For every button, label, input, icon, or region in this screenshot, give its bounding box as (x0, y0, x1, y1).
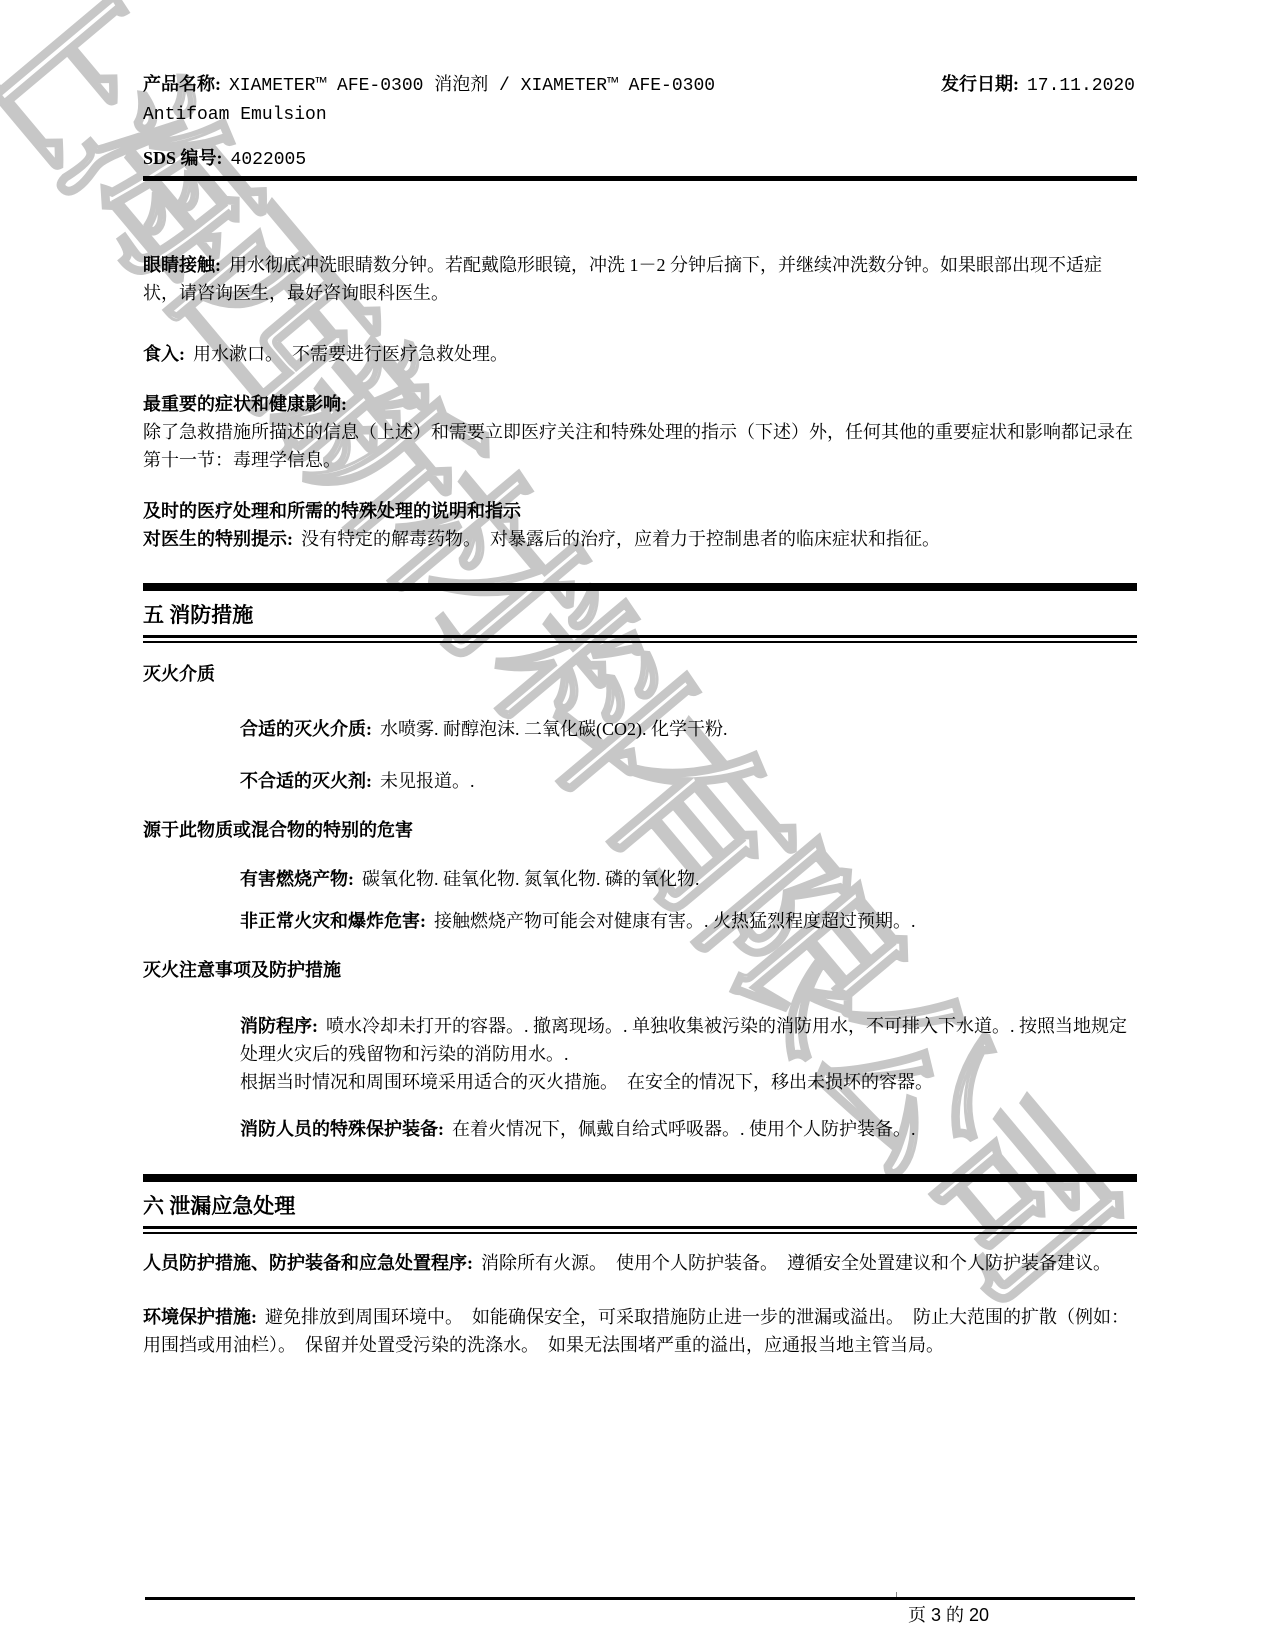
firefighting-procedures-text: 喷水冷却未打开的容器。. 撤离现场。. 单独收集被污染的消防用水，不可排入下水道… (240, 1016, 1127, 1092)
firefighter-protective-equipment-label: 消防人员的特殊保护装备: (240, 1119, 444, 1139)
special-hazards-subheading: 源于此物质或混合物的特别的危害 (143, 816, 1137, 844)
symptoms-heading: 最重要的症状和健康影响: (143, 390, 1137, 418)
symptoms-text: 除了急救措施所描述的信息（上述）和需要立即医疗关注和特殊处理的指示（下述）外，任… (143, 418, 1137, 474)
ingestion-text: 用水漱口。 不需要进行医疗急救处理。 (193, 344, 508, 364)
ingestion-paragraph: 食入:用水漱口。 不需要进行医疗急救处理。 (143, 340, 1137, 368)
firefighter-protective-equipment-text: 在着火情况下，佩戴自给式呼吸器。. 使用个人防护装备。. (452, 1119, 916, 1139)
sds-number-value: 4022005 (231, 150, 307, 170)
personal-precautions-paragraph: 人员防护措施、防护装备和应急处置程序:消除所有火源。 使用个人防护装备。 遵循安… (143, 1249, 1137, 1277)
personal-precautions-label: 人员防护措施、防护装备和应急处置程序: (143, 1253, 473, 1273)
suitable-extinguishing-media-label: 合适的灭火介质: (240, 719, 372, 739)
note-to-physician-text: 没有特定的解毒药物。 对暴露后的治疗，应着力于控制患者的临床症状和指征。 (301, 529, 940, 549)
firefighting-procedures-label: 消防程序: (240, 1016, 318, 1036)
suitable-extinguishing-media-text: 水喷雾. 耐醇泡沫. 二氧化碳(CO2). 化学干粉. (380, 719, 728, 739)
document-content: 产品名称:XIAMETER™ AFE-0300 消泡剂 / XIAMETER™ … (143, 0, 1137, 1359)
section-6-top-bar (143, 1174, 1137, 1182)
page-number: 页 3 的 20 (908, 1603, 989, 1627)
section-5-title-rule (143, 635, 1137, 643)
issue-date-label: 发行日期: (941, 74, 1019, 94)
product-name-label: 产品名称: (143, 74, 221, 94)
header-rule (143, 176, 1137, 181)
ingestion-label: 食入: (143, 344, 185, 364)
eye-contact-paragraph: 眼睛接触:用水彻底冲洗眼睛数分钟。若配戴隐形眼镜，冲洗 1－2 分钟后摘下，并继… (143, 251, 1137, 307)
eye-contact-label: 眼睛接触: (143, 255, 221, 275)
extinguishing-media-subheading: 灭火介质 (143, 660, 1137, 688)
section-6-title: 六 泄漏应急处理 (143, 1193, 1137, 1219)
unusual-fire-hazards-text: 接触燃烧产物可能会对健康有害。. 火热猛烈程度超过预期。. (434, 911, 916, 931)
symptoms-group: 最重要的症状和健康影响: 除了急救措施所描述的信息（上述）和需要立即医疗关注和特… (143, 390, 1137, 474)
document-header: 产品名称:XIAMETER™ AFE-0300 消泡剂 / XIAMETER™ … (143, 70, 1137, 130)
sds-number-line: SDS 编号:4022005 (143, 144, 1137, 174)
hazardous-combustion-products: 有害燃烧产物:碳氧化物. 硅氧化物. 氮氧化物. 磷的氧化物. (240, 865, 1137, 893)
hazardous-combustion-products-text: 碳氧化物. 硅氧化物. 氮氧化物. 磷的氧化物. (362, 869, 700, 889)
firefighting-advice-subheading: 灭火注意事项及防护措施 (143, 956, 1137, 984)
eye-contact-text: 用水彻底冲洗眼睛数分钟。若配戴隐形眼镜，冲洗 1－2 分钟后摘下，并继续冲洗数分… (143, 255, 1102, 303)
unsuitable-extinguishing-media-label: 不合适的灭火剂: (240, 771, 372, 791)
section-5-title: 五 消防措施 (143, 602, 1137, 628)
note-to-physician-label: 对医生的特别提示: (143, 529, 293, 549)
medical-attention-heading: 及时的医疗处理和所需的特殊处理的说明和指示 (143, 497, 1137, 525)
personal-precautions-text: 消除所有火源。 使用个人防护装备。 遵循安全处置建议和个人防护装备建议。 (481, 1253, 1111, 1273)
footer-rule (145, 1597, 1135, 1600)
product-name-value: XIAMETER™ AFE-0300 消泡剂 / XIAMETER™ AFE-0… (229, 76, 715, 96)
note-to-physician-paragraph: 对医生的特别提示:没有特定的解毒药物。 对暴露后的治疗，应着力于控制患者的临床症… (143, 525, 1137, 553)
product-name-line2: Antifoam Emulsion (143, 101, 1137, 130)
firefighter-protective-equipment: 消防人员的特殊保护装备:在着火情况下，佩戴自给式呼吸器。. 使用个人防护装备。. (240, 1115, 1137, 1143)
suitable-extinguishing-media: 合适的灭火介质:水喷雾. 耐醇泡沫. 二氧化碳(CO2). 化学干粉. (240, 715, 1137, 743)
unusual-fire-hazards-label: 非正常火灾和爆炸危害: (240, 911, 426, 931)
unsuitable-extinguishing-media: 不合适的灭火剂:未见报道。. (240, 767, 1137, 795)
sds-number-label: SDS 编号: (143, 148, 223, 168)
unusual-fire-hazards: 非正常火灾和爆炸危害:接触燃烧产物可能会对健康有害。. 火热猛烈程度超过预期。. (240, 907, 1137, 935)
environmental-precautions-text: 避免排放到周围环境中。 如能确保安全，可采取措施防止进一步的泄漏或溢出。 防止大… (143, 1307, 1129, 1355)
section-5-top-bar (143, 583, 1137, 591)
environmental-precautions-paragraph: 环境保护措施:避免排放到周围环境中。 如能确保安全，可采取措施防止进一步的泄漏或… (143, 1303, 1137, 1359)
footer-cell-divider (896, 1592, 897, 1597)
hazardous-combustion-products-label: 有害燃烧产物: (240, 869, 354, 889)
section-6-title-rule (143, 1226, 1137, 1234)
environmental-precautions-label: 环境保护措施: (143, 1307, 257, 1327)
issue-date-value: 17.11.2020 (1027, 76, 1135, 96)
issue-date-line: 发行日期:17.11.2020 (941, 70, 1135, 101)
firefighting-procedures: 消防程序:喷水冷却未打开的容器。. 撤离现场。. 单独收集被污染的消防用水，不可… (240, 1012, 1137, 1096)
unsuitable-extinguishing-media-text: 未见报道。. (380, 771, 475, 791)
medical-attention-group: 及时的医疗处理和所需的特殊处理的说明和指示 对医生的特别提示:没有特定的解毒药物… (143, 497, 1137, 553)
sds-document-page: 上海西新材料有限公司 产品名称:XIAMETER™ AFE-0300 消泡剂 /… (0, 0, 1275, 1650)
